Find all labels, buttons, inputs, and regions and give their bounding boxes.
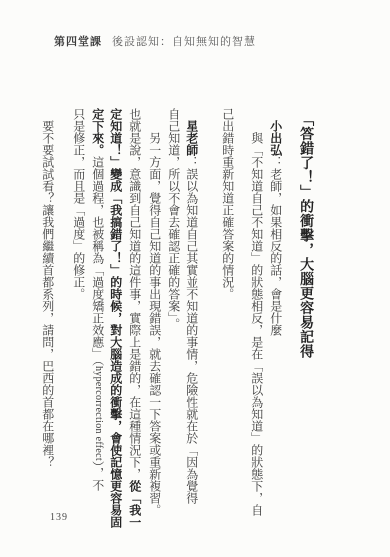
dialogue-column-hoshi-1: 星老師：誤以為知道自己其實並不知道的事情，危險性就在於「因為覺得 <box>184 120 198 504</box>
body-text-column-5: 要不要試試看？讓我們繼續首都系列，請問，巴西的首都在哪裡？ <box>40 120 54 468</box>
page-number: 139 <box>50 512 68 523</box>
section-title: 「答錯了！」的衝擊，大腦更容易記得 <box>297 112 313 359</box>
dialogue-column-koide-2: 與「不知道自己不知道」的狀態相反，是在「誤以為知道」的狀態下，自 <box>249 132 263 516</box>
dialogue-column-hoshi-2: 自己知道，所以不會去確認正確的答案」。 <box>166 108 180 330</box>
chapter-label: 第四堂課 <box>54 36 102 48</box>
dialogue-column-koide-3: 己出錯時重新知道正確答案的情況。 <box>220 108 234 300</box>
body-text-column-1: 也就是說，意識到自己知道的這件事，實際上是錯的，在這種情況下，從「我一 <box>127 108 141 528</box>
dialogue-column-koide-1: 小出弘：老師，如果相反的話，會是什麼 <box>268 120 282 336</box>
book-page: 第四堂課後設認知：自知無知的智慧 「答錯了！」的衝擊，大腦更容易記得 小出弘：老… <box>0 0 390 557</box>
body-text-column-3: 定下來。這個過程，也被稱為「過度矯正效應」（hypercorrection ef… <box>90 108 104 491</box>
body-text-column-4: 只是修正，而且是「過度」的修正。 <box>71 108 85 300</box>
chapter-section-title: 後設認知：自知無知的智慧 <box>112 36 256 48</box>
body-text-column-2: 定知道！」變成「我搞錯了！」的時候，對大腦造成的衝擊，會使記憶更容易固 <box>108 108 122 528</box>
dialogue-column-hoshi-3: 另一方面，覺得自己知道的事出現錯誤，就去確認一下答案或重新複習。 <box>147 132 161 516</box>
running-header: 第四堂課後設認知：自知無知的智慧 <box>54 33 256 49</box>
